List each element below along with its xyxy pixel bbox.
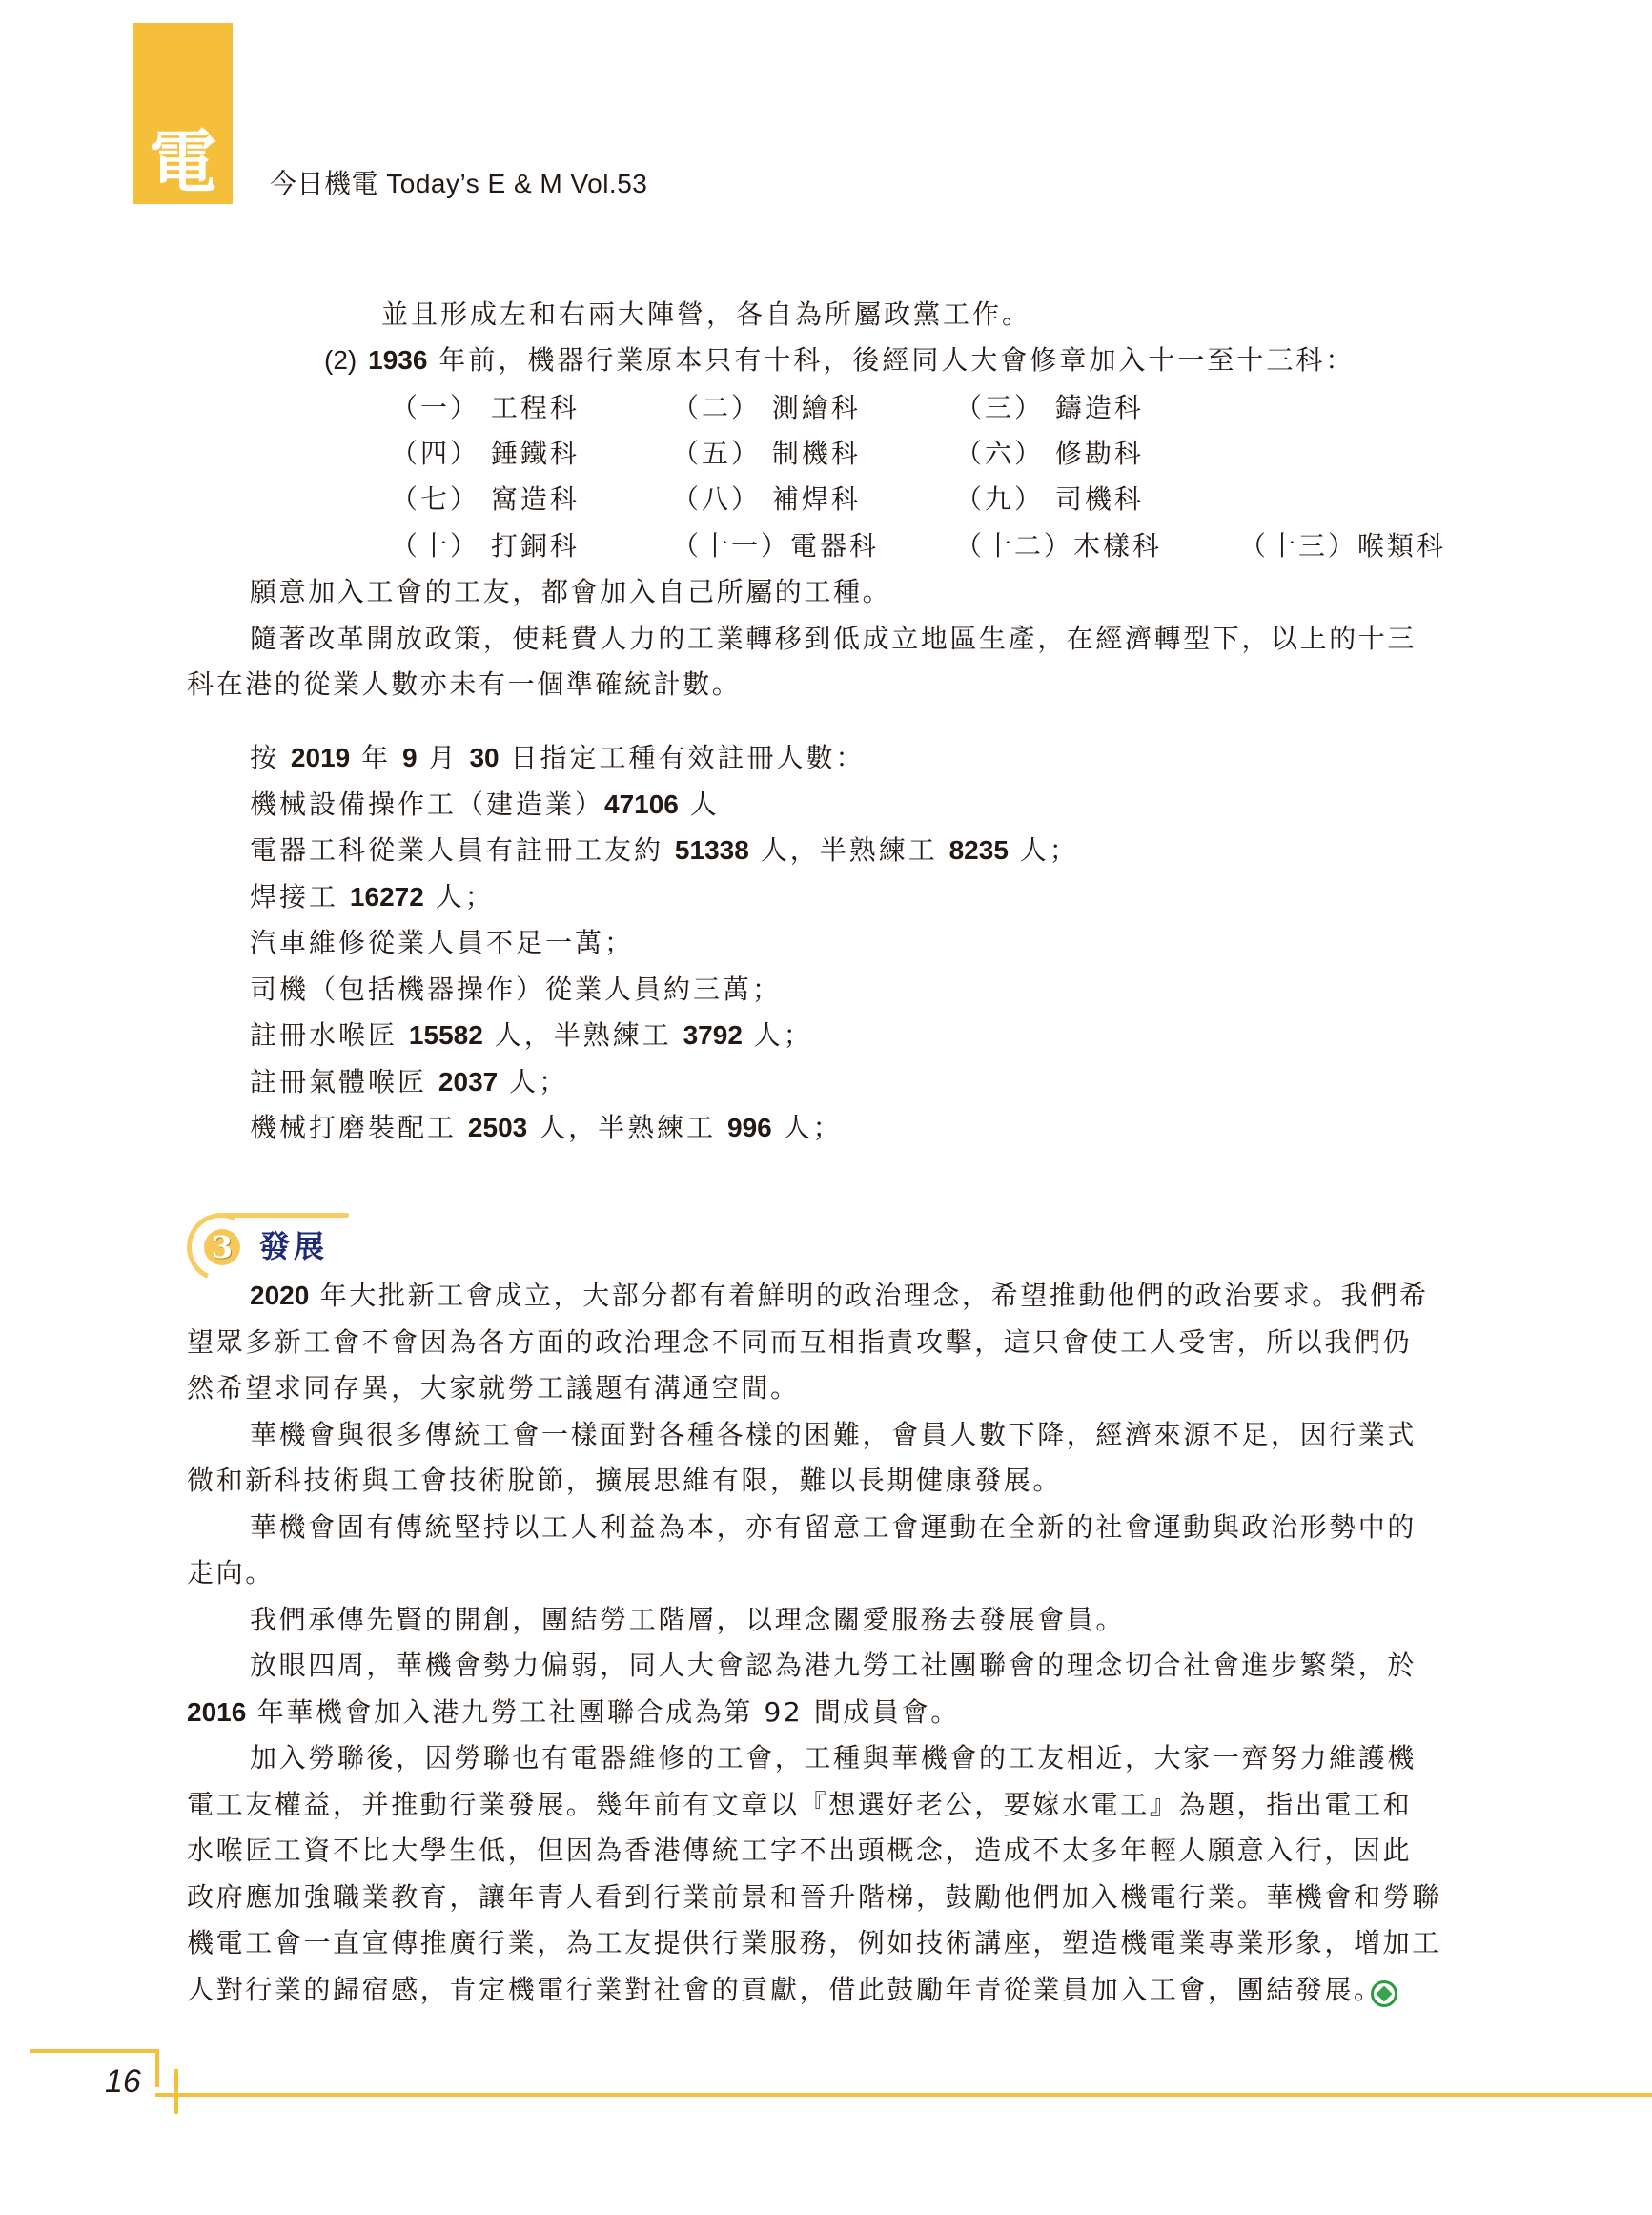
subject-item: （十一）電器科 bbox=[672, 527, 879, 565]
stats-item: 機械設備操作工（建造業）47106 人 bbox=[250, 786, 720, 824]
section-title: 發展 bbox=[259, 1225, 328, 1267]
subject-item: （一） 工程科 bbox=[391, 389, 580, 427]
subject-item: （四） 錘鐵科 bbox=[391, 435, 580, 473]
stats-intro: 按 2019 年 9 月 30 日指定工種有效註冊人數： bbox=[250, 739, 866, 777]
footer-rule bbox=[155, 2093, 1652, 2097]
subject-item: （五） 制機科 bbox=[672, 435, 861, 473]
footer-rule bbox=[30, 2049, 157, 2053]
section-line: 放眼四周，華機會勢力偏弱，同人大會認為港九勞工社團聯會的理念切合社會進步繁榮，於 bbox=[250, 1647, 1417, 1685]
section-line: 華機會固有傳統堅持以工人利益為本，亦有留意工會運動在全新的社會運動與政治形勢中的 bbox=[250, 1508, 1417, 1547]
section-line: 政府應加強職業教育，讓年青人看到行業前景和晉升階梯，鼓勵他們加入機電行業。華機會… bbox=[187, 1878, 1441, 1917]
stats-item: 機械打磨裝配工 2503 人，半熟練工 996 人； bbox=[250, 1109, 843, 1147]
subject-item: （十二）木樣科 bbox=[955, 527, 1162, 565]
section-line: 機電工會一直宣傳推廣行業，為工友提供行業服務，例如技術講座，塑造機電業專業形象，… bbox=[187, 1924, 1441, 1962]
section-line: 微和新科技術與工會技術脫節，擴展思維有限，難以長期健康發展。 bbox=[187, 1462, 1062, 1500]
section-line: 水喉匠工資不比大學生低，但因為香港傳統工字不出頭概念，造成不太多年輕人願意入行，… bbox=[187, 1832, 1412, 1870]
stats-item: 註冊氣體喉匠 2037 人； bbox=[250, 1063, 568, 1101]
section-line: 走向。 bbox=[187, 1554, 275, 1592]
body-line: 隨著改革開放政策，使耗費人力的工業轉移到低成立地區生產，在經濟轉型下，以上的十三 bbox=[250, 620, 1417, 658]
subject-item: （三） 鑄造科 bbox=[955, 389, 1144, 427]
body-line: 並且形成左和右兩大陣營，各自為所屬政黨工作。 bbox=[381, 296, 1031, 334]
section-rule bbox=[221, 1213, 349, 1218]
subject-item: （九） 司機科 bbox=[955, 481, 1144, 519]
section-line: 加入勞聯後，因勞聯也有電器維修的工會，工種與華機會的工友相近，大家一齊努力維護機 bbox=[250, 1739, 1417, 1777]
subject-item: （十三）喉類科 bbox=[1239, 527, 1446, 565]
section-line: 人對行業的歸宿感，肯定機電行業對社會的貢獻，借此鼓勵年青從業員加入工會，團結發展… bbox=[187, 1971, 1383, 2009]
section-line: 然希望求同存異，大家就勞工議題有溝通空間。 bbox=[187, 1369, 800, 1407]
stats-item: 司機（包括機器操作）從業人員約三萬； bbox=[250, 971, 782, 1009]
subject-item: （十） 打銅科 bbox=[391, 527, 580, 565]
section-line: 2020 年大批新工會成立，大部分都有着鮮明的政治理念，希望推動他們的政治要求。… bbox=[250, 1277, 1429, 1315]
header-badge-glyph: 電 bbox=[133, 119, 233, 205]
magazine-title: 今日機電 Today’s E & M Vol.53 bbox=[270, 167, 647, 201]
body-line: 願意加入工會的工友，都會加入自己所屬的工種。 bbox=[250, 573, 891, 611]
section-line: 電工友權益，并推動行業發展。幾年前有文章以『想選好老公，要嫁水電工』為題，指出電… bbox=[187, 1786, 1412, 1824]
union-logo-icon bbox=[1371, 1980, 1397, 2007]
subject-item: （六） 修勘科 bbox=[955, 435, 1144, 473]
body-line: 科在港的從業人數亦未有一個準確統計數。 bbox=[187, 666, 741, 704]
stats-item: 註冊水喉匠 15582 人，半熟練工 3792 人； bbox=[250, 1016, 813, 1055]
footer-rule bbox=[145, 2082, 1652, 2082]
list-marker: (2) bbox=[324, 345, 357, 375]
section-line: 華機會與很多傳統工會一樣面對各種各樣的困難，會員人數下降，經濟來源不足，因行業式 bbox=[250, 1416, 1417, 1454]
subject-item: （七） 窩造科 bbox=[391, 481, 580, 519]
stats-item: 焊接工 16272 人； bbox=[250, 878, 495, 916]
subject-item: （二） 測繪科 bbox=[672, 389, 861, 427]
section-line: 我們承傳先賢的開創，團結勞工階層，以理念關愛服務去發展會員。 bbox=[250, 1601, 1125, 1639]
list-item-2: (2) 1936 年前，機器行業原本只有十科，後經同人大會修章加入十一至十三科： bbox=[324, 341, 1355, 379]
section-line: 望眾多新工會不會因為各方面的政治理念不同而互相指責攻擊，這只會使工人受害，所以我… bbox=[187, 1323, 1412, 1362]
page-number: 16 bbox=[105, 2062, 141, 2101]
list-text: 年前，機器行業原本只有十科，後經同人大會修章加入十一至十三科： bbox=[438, 344, 1355, 376]
footer-tick bbox=[174, 2069, 178, 2114]
year: 1936 bbox=[368, 345, 427, 375]
section-line: 2016 年華機會加入港九勞工社團聯合成為第 92 間成員會。 bbox=[187, 1693, 960, 1732]
subject-item: （八） 補焊科 bbox=[672, 481, 861, 519]
stats-item: 電器工科從業人員有註冊工友約 51338 人，半熟練工 8235 人； bbox=[250, 831, 1079, 870]
section-number-badge: 3 bbox=[204, 1229, 240, 1265]
stats-item: 汽車維修從業人員不足一萬； bbox=[250, 924, 634, 962]
